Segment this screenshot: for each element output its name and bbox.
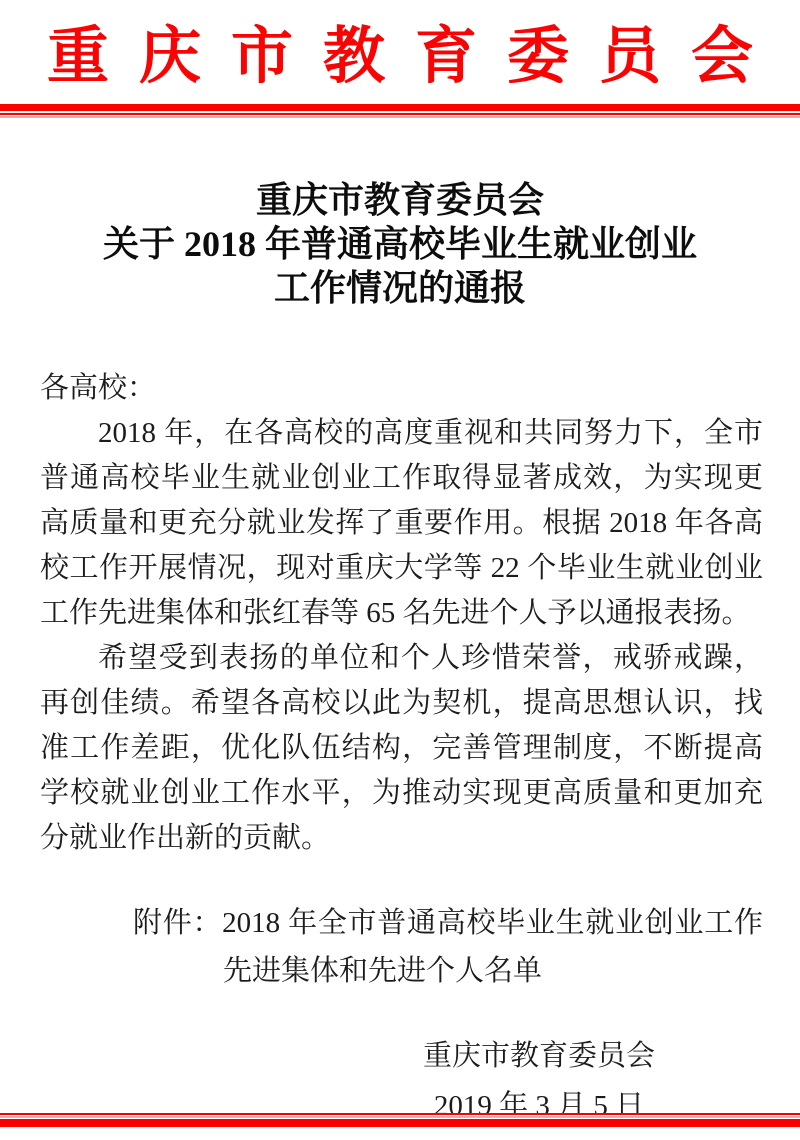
separator-accent-line [0, 116, 800, 118]
attachment-text: 2018 年全市普通高校毕业生就业创业工作先进集体和先进个人名单 [222, 907, 763, 987]
salutation: 各高校： [40, 366, 763, 411]
document-title-line-3: 工作情况的通报 [0, 266, 800, 310]
document-title-line-2: 关于 2018 年普通高校毕业生就业创业 [0, 222, 800, 266]
letterhead-separator [0, 104, 800, 118]
document-page: 重庆市教育委员会 重庆市教育委员会 关于 2018 年普通高校毕业生就业创业 工… [0, 0, 800, 1140]
separator-thick-bar [0, 104, 800, 111]
body-paragraph-2: 希望受到表扬的单位和个人珍惜荣誉，戒骄戒躁，再创佳绩。希望各高校以此为契机，提高… [40, 636, 763, 861]
letterhead-agency-title: 重庆市教育委员会 [0, 0, 800, 102]
attachment-note: 附件：2018 年全市普通高校毕业生就业创业工作先进集体和先进个人名单 [133, 899, 763, 995]
footer-separator [0, 1113, 800, 1127]
separator-thick-bar [0, 1119, 800, 1127]
document-body: 各高校： 2018 年，在各高校的高度重视和共同努力下，全市普通高校毕业生就业创… [40, 366, 763, 861]
body-paragraph-1: 2018 年，在各高校的高度重视和共同努力下，全市普通高校毕业生就业创业工作取得… [40, 411, 763, 636]
signature-agency: 重庆市教育委员会 [423, 1031, 655, 1081]
document-title-line-1: 重庆市教育委员会 [0, 178, 800, 222]
document-title: 重庆市教育委员会 关于 2018 年普通高校毕业生就业创业 工作情况的通报 [0, 178, 800, 310]
attachment-label: 附件： [133, 907, 222, 939]
